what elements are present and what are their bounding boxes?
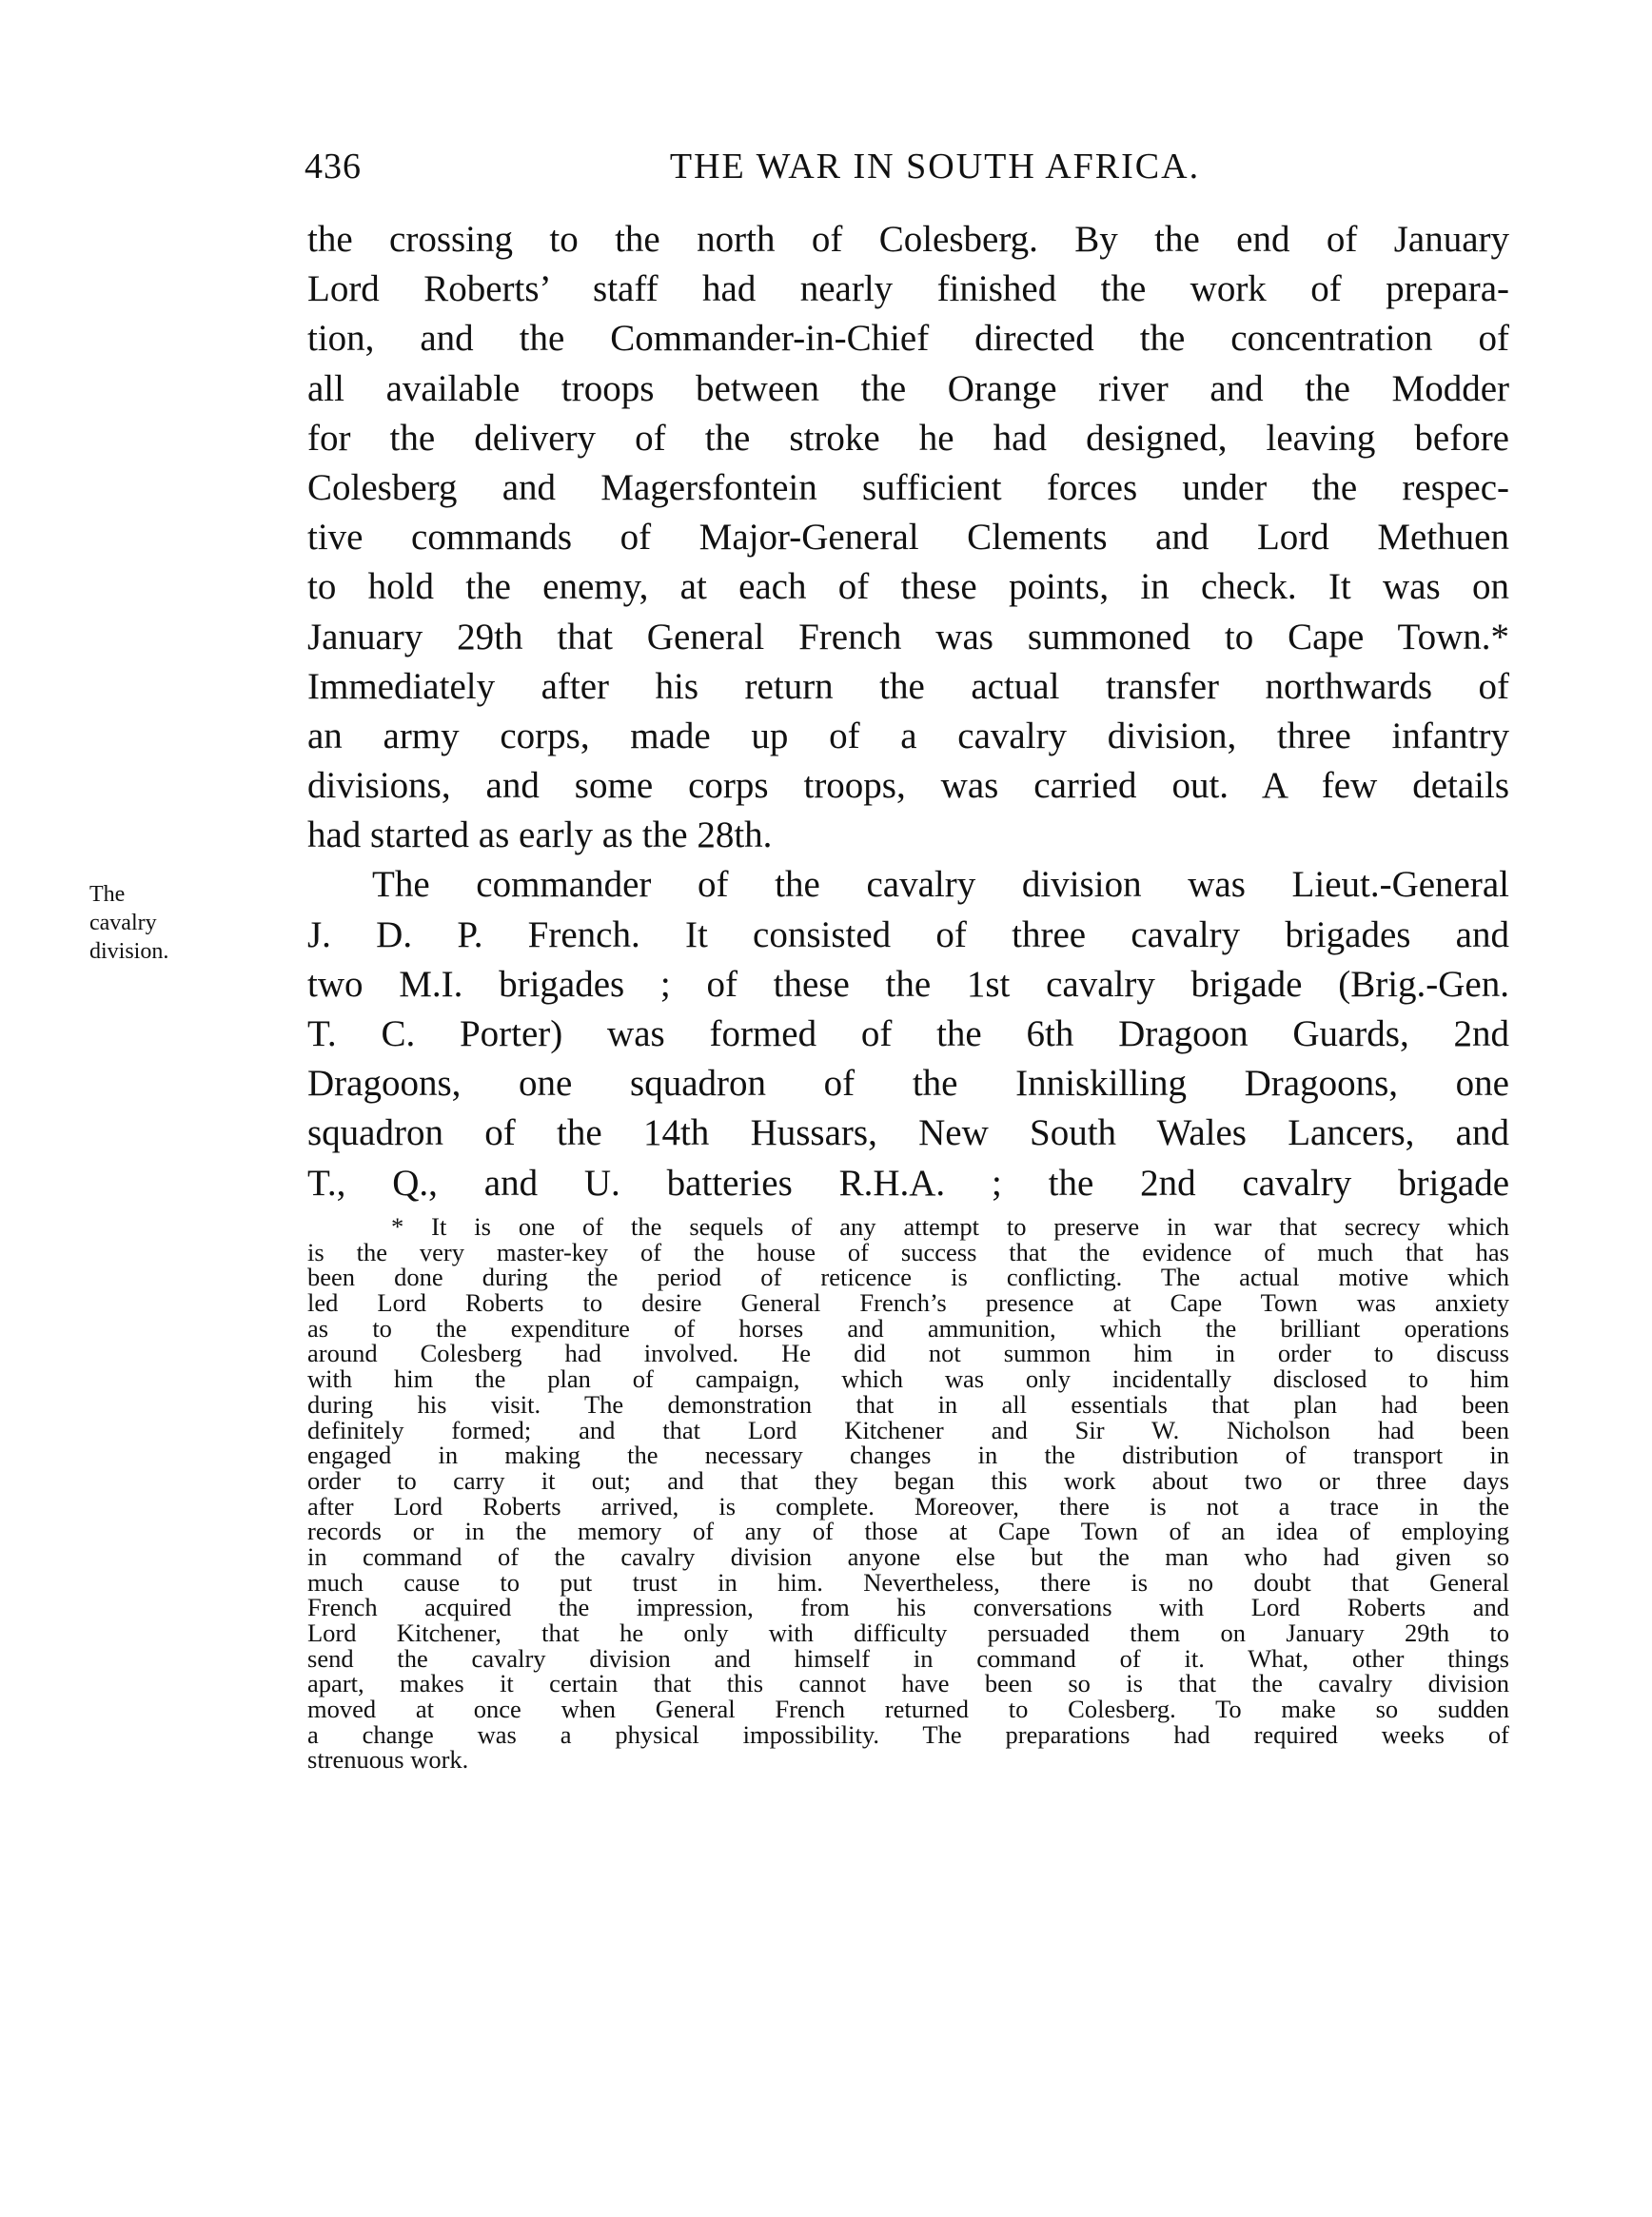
body-line: January 29th that General French was sum… — [307, 613, 1509, 662]
body-line: divisions, and some corps troops, was ca… — [307, 761, 1509, 811]
body-line: to hold the enemy, at each of these poin… — [307, 562, 1509, 612]
footnote-line: as to the expenditure of horses and ammu… — [307, 1316, 1509, 1342]
footnote-line: moved at once when General French return… — [307, 1697, 1509, 1722]
body-line: all available troops between the Orange … — [307, 364, 1509, 414]
body-line: J. D. P. French. It consisted of three c… — [307, 911, 1509, 960]
footnote-line: much cause to put trust in him. Neverthe… — [307, 1570, 1509, 1596]
footnote-line: been done during the period of reticence… — [307, 1265, 1509, 1290]
footnote-line: is the very master-key of the house of s… — [307, 1240, 1509, 1265]
footnote-line: Lord Kitchener, that he only with diffic… — [307, 1620, 1509, 1646]
body-line: the crossing to the north of Colesberg. … — [307, 215, 1509, 265]
marginal-note-line: The — [89, 880, 242, 909]
footnote-line: records or in the memory of any of those… — [307, 1519, 1509, 1544]
footnote-line: definitely formed; and that Lord Kitchen… — [307, 1418, 1509, 1443]
footnote-line: * It is one of the sequels of any attemp… — [307, 1214, 1509, 1240]
footnote: * It is one of the sequels of any attemp… — [307, 1214, 1509, 1773]
running-title: THE WAR IN SOUTH AFRICA. — [305, 143, 1508, 190]
body-line: Immediately after his return the actual … — [307, 662, 1509, 712]
footnote-line: around Colesberg had involved. He did no… — [307, 1341, 1509, 1366]
footnote-line: French acquired the impression, from his… — [307, 1595, 1509, 1620]
body-line: tion, and the Commander-in-Chief directe… — [307, 314, 1509, 363]
footnote-line: apart, makes it certain that this cannot… — [307, 1671, 1509, 1697]
footnote-line: during his visit. The demonstration that… — [307, 1392, 1509, 1418]
body-line: The commander of the cavalry division wa… — [307, 860, 1509, 910]
body-line: T., Q., and U. batteries R.H.A. ; the 2n… — [307, 1159, 1509, 1208]
marginal-note-line: cavalry — [89, 909, 242, 937]
footnote-line: order to carry it out; and that they beg… — [307, 1468, 1509, 1494]
book-page: 436 THE WAR IN SOUTH AFRICA. The cavalry… — [0, 0, 1652, 2217]
body-line: Dragoons, one squadron of the Inniskilli… — [307, 1059, 1509, 1108]
body-line: Lord Roberts’ staff had nearly finished … — [307, 265, 1509, 314]
marginal-note: The cavalry division. — [89, 880, 242, 966]
footnote-line: with him the plan of campaign, which was… — [307, 1366, 1509, 1392]
footnote-line: a change was a physical impossibility. T… — [307, 1722, 1509, 1748]
footnote-line: in command of the cavalry division anyon… — [307, 1544, 1509, 1570]
body-line: Colesberg and Magersfontein sufficient f… — [307, 463, 1509, 513]
running-head: 436 THE WAR IN SOUTH AFRICA. — [305, 143, 1508, 190]
footnote-line: send the cavalry division and himself in… — [307, 1646, 1509, 1672]
marginal-note-line: division. — [89, 937, 242, 966]
body-line: had started as early as the 28th. — [307, 811, 1509, 860]
footnote-line: engaged in making the necessary changes … — [307, 1442, 1509, 1468]
body-line: squadron of the 14th Hussars, New South … — [307, 1108, 1509, 1158]
footnote-line: strenuous work. — [307, 1747, 1509, 1773]
body-line: two M.I. brigades ; of these the 1st cav… — [307, 960, 1509, 1010]
body-text: the crossing to the north of Colesberg. … — [307, 215, 1509, 1208]
footnote-line: after Lord Roberts arrived, is complete.… — [307, 1494, 1509, 1520]
body-line: T. C. Porter) was formed of the 6th Drag… — [307, 1010, 1509, 1059]
body-line: for the delivery of the stroke he had de… — [307, 414, 1509, 463]
footnote-line: led Lord Roberts to desire General Frenc… — [307, 1290, 1509, 1316]
body-line: tive commands of Major-General Clements … — [307, 513, 1509, 562]
body-line: an army corps, made up of a cavalry divi… — [307, 712, 1509, 761]
